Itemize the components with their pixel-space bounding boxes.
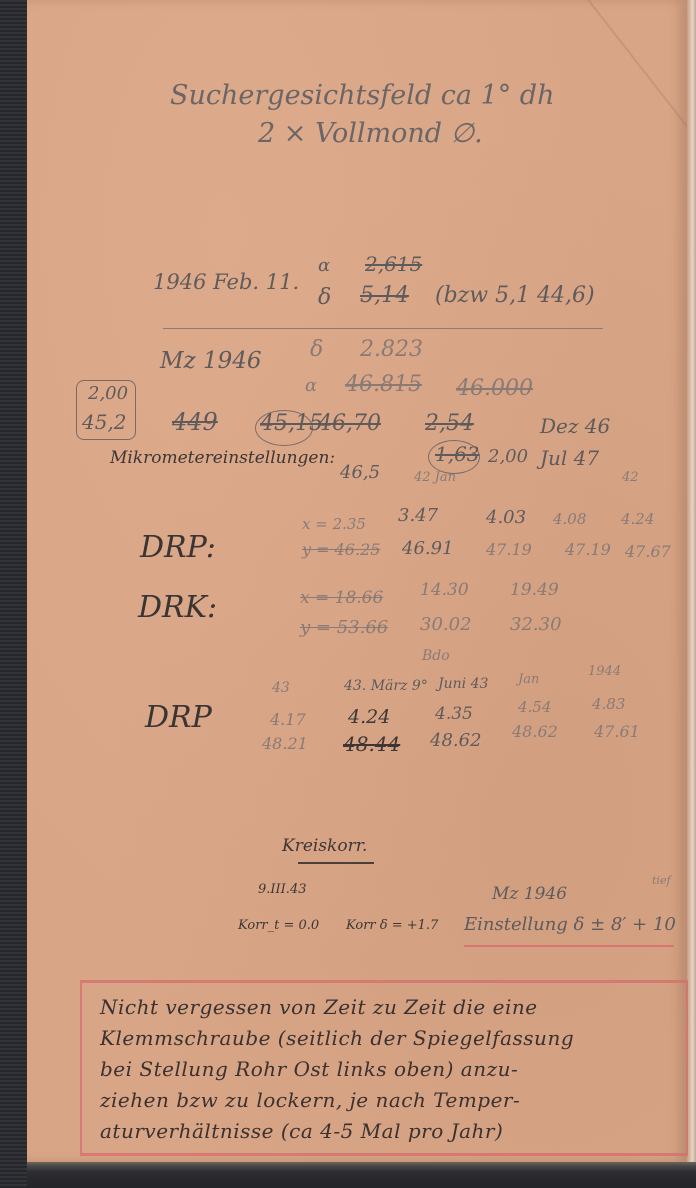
- drk-x-1: 14.30: [420, 580, 469, 600]
- reminder-line-2: Klemmschraube (seitlich der Spiegelfassu…: [100, 1026, 574, 1050]
- boxed-value-1: 2,00: [88, 383, 128, 404]
- drp2-x-0: 4.17: [270, 710, 306, 729]
- drp2-date-1: 43. März 9°: [344, 678, 428, 694]
- below-value-2: 42 Jan: [414, 470, 456, 485]
- drp1-y-1: 46.91: [402, 538, 454, 559]
- margin-note: tief: [652, 874, 671, 887]
- drp2-x-3: 4.54: [518, 698, 551, 716]
- drp2-date-2: Juni 43: [438, 676, 488, 692]
- drp1-y-4: 47.67: [625, 542, 671, 561]
- drp-label-2: DRP: [145, 700, 212, 735]
- drp2-x-4: 4.83: [592, 695, 625, 713]
- drp1-x-2: 4.03: [486, 507, 526, 528]
- drk-y-0: y = 53.66: [300, 617, 388, 638]
- red-underline: [464, 945, 674, 947]
- delta-alt: (bzw 5,1 44,6): [435, 283, 595, 308]
- row-value-dez-46: Dez 46: [540, 414, 610, 438]
- drk-note: Bdo: [422, 648, 450, 664]
- drk-x-2: 19.49: [510, 580, 559, 600]
- entry-feb-date: 1946 Feb. 11.: [153, 270, 299, 294]
- drp1-y-3: 47.19: [565, 540, 611, 559]
- entry-mar-date: Mz 1946: [160, 348, 262, 374]
- alpha-label: α: [318, 255, 330, 276]
- drp2-y-2: 48.62: [430, 730, 482, 751]
- drk-y-1: 30.02: [420, 614, 472, 635]
- micrometer-value-1: 1,63: [435, 442, 480, 466]
- micrometer-label: Mikrometereinstellungen:: [110, 448, 335, 468]
- drp1-x-0: x = 2.35: [302, 515, 366, 533]
- kreiskorr-date: 9.III.43: [258, 882, 306, 897]
- drp2-date-3: Jan: [518, 672, 539, 687]
- notebook-spine: [0, 0, 27, 1188]
- page-stack-bottom: [27, 1162, 696, 1188]
- row-value-449: 449: [172, 408, 218, 436]
- below-value-1: 46,5: [340, 462, 380, 483]
- row-value-2-54: 2,54: [425, 411, 474, 436]
- micrometer-date: Jul 47: [540, 446, 599, 470]
- drp2-y-1: 48.44: [343, 732, 400, 756]
- mar-alpha-value-2: 46.000: [456, 376, 533, 401]
- below-value-3: 42: [622, 470, 639, 485]
- drk-x-0: x = 18.66: [300, 588, 383, 608]
- row-value-46-70: 46,70: [318, 411, 381, 436]
- mar-alpha-label: α: [305, 375, 317, 396]
- drk-label: DRK:: [138, 590, 217, 625]
- korr-t: Korr_t = 0.0: [238, 918, 319, 933]
- drp1-x-4: 4.24: [621, 510, 654, 528]
- delta-value: 5,14: [360, 283, 409, 308]
- page-fold: [587, 0, 696, 165]
- korr-delta: Korr δ = +1.7: [346, 918, 438, 933]
- drk-y-2: 32.30: [510, 614, 562, 635]
- reminder-line-5: aturverhältnisse (ca 4-5 Mal pro Jahr): [100, 1119, 503, 1143]
- drp1-y-0: y = 46.25: [302, 540, 380, 559]
- drp2-x-2: 4.35: [435, 704, 473, 724]
- header-line-2: 2 × Vollmond ∅.: [258, 118, 483, 149]
- einstellung: Einstellung δ ± 8′ + 10: [464, 914, 676, 935]
- micrometer-value-2: 2,00: [488, 446, 528, 467]
- delta-label: δ: [318, 285, 331, 310]
- drp2-y-3: 48.62: [512, 722, 558, 741]
- row-value-45-15: 45,15: [260, 411, 323, 436]
- header-line-1: Suchergesichtsfeld ca 1° dh: [170, 80, 554, 111]
- drp2-y-0: 48.21: [262, 734, 308, 753]
- mar-alpha-value-1: 46.815: [345, 372, 422, 397]
- kreiskorr-title: Kreiskorr.: [282, 836, 367, 856]
- page-edge: [687, 0, 696, 1162]
- drp-label-1: DRP:: [140, 530, 216, 565]
- kreiskorr-underline: [298, 862, 374, 864]
- mar-delta-label: δ: [310, 337, 323, 362]
- boxed-value-2: 45,2: [82, 410, 127, 434]
- kreiskorr-1946: Mz 1946: [492, 884, 567, 904]
- drp2-date-4: 1944: [588, 664, 621, 679]
- drp1-y-2: 47.19: [486, 540, 532, 559]
- drp1-x-3: 4.08: [553, 510, 586, 528]
- alpha-value: 2,615: [365, 252, 422, 276]
- reminder-line-4: ziehen bzw zu lockern, je nach Temper-: [100, 1088, 520, 1112]
- drp2-y-4: 47.61: [594, 722, 640, 741]
- reminder-line-1: Nicht vergessen von Zeit zu Zeit die ein…: [100, 995, 538, 1019]
- drp2-date-0: 43: [272, 680, 290, 696]
- mar-delta-value: 2.823: [360, 337, 423, 362]
- section-divider: [163, 328, 603, 329]
- reminder-line-3: bei Stellung Rohr Ost links oben) anzu-: [100, 1057, 518, 1081]
- drp1-x-1: 3.47: [398, 505, 438, 526]
- drp2-x-1: 4.24: [348, 706, 390, 728]
